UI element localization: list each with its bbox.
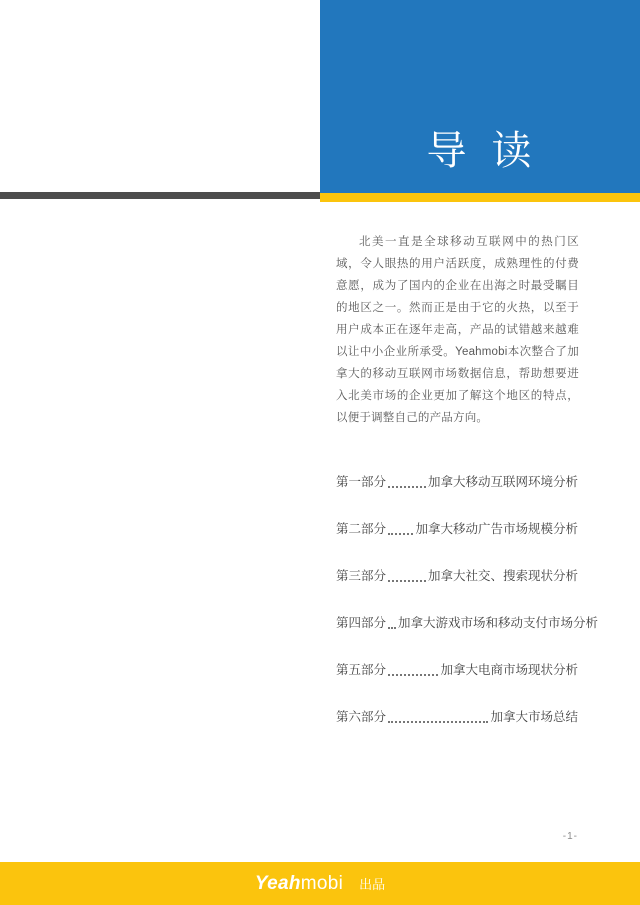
toc-item-4: 第四部分 加拿大游戏市场和移动支付市场分析 (336, 613, 578, 631)
toc-item-label: 第五部分 (336, 660, 386, 678)
producer-label: 出品 (359, 874, 385, 893)
page-number: -1- (563, 831, 578, 842)
page-title: 导 读 (426, 131, 533, 193)
toc-item-label: 第三部分 (336, 566, 386, 584)
left-divider-bar (0, 192, 320, 199)
toc-item-5: 第五部分 加拿大电商市场现状分析 (336, 660, 578, 678)
dot-leader (388, 533, 413, 535)
toc-item-title: 加拿大移动互联网环境分析 (428, 472, 578, 490)
toc-item-2: 第二部分 加拿大移动广告市场规模分析 (336, 519, 578, 537)
toc-item-label: 第二部分 (336, 519, 386, 537)
toc-item-label: 第四部分 (336, 613, 386, 631)
intro-paragraph: 北美一直是全球移动互联网中的热门区域，令人眼热的用户活跃度，成熟理性的付费意愿，… (336, 231, 579, 429)
dot-leader (388, 627, 396, 629)
document-page: 导 读 北美一直是全球移动互联网中的热门区域，令人眼热的用户活跃度，成熟理性的付… (0, 0, 640, 905)
table-of-contents: 第一部分 加拿大移动互联网环境分析 第二部分 加拿大移动广告市场规模分析 第三部… (336, 472, 578, 754)
toc-item-6: 第六部分 加拿大市场总结 (336, 707, 578, 725)
toc-item-title: 加拿大市场总结 (490, 707, 578, 725)
dot-leader (388, 721, 488, 723)
brand-name-light: mobi (301, 873, 343, 895)
toc-item-title: 加拿大社交、搜索现状分析 (428, 566, 578, 584)
toc-item-1: 第一部分 加拿大移动互联网环境分析 (336, 472, 578, 490)
brand-name-bold: Yeah (255, 873, 301, 895)
toc-item-label: 第一部分 (336, 472, 386, 490)
toc-item-title: 加拿大游戏市场和移动支付市场分析 (398, 613, 598, 631)
banner-gold-strip (320, 193, 640, 202)
footer-bar: Yeahmobi 出品 (0, 862, 640, 905)
header-banner: 导 读 (320, 0, 640, 193)
dot-leader (388, 486, 426, 488)
toc-item-3: 第三部分 加拿大社交、搜索现状分析 (336, 566, 578, 584)
toc-item-title: 加拿大电商市场现状分析 (440, 660, 578, 678)
dot-leader (388, 674, 438, 676)
toc-item-label: 第六部分 (336, 707, 386, 725)
toc-item-title: 加拿大移动广告市场规模分析 (415, 519, 578, 537)
yeahmobi-logo: Yeahmobi 出品 (255, 873, 385, 895)
dot-leader (388, 580, 426, 582)
